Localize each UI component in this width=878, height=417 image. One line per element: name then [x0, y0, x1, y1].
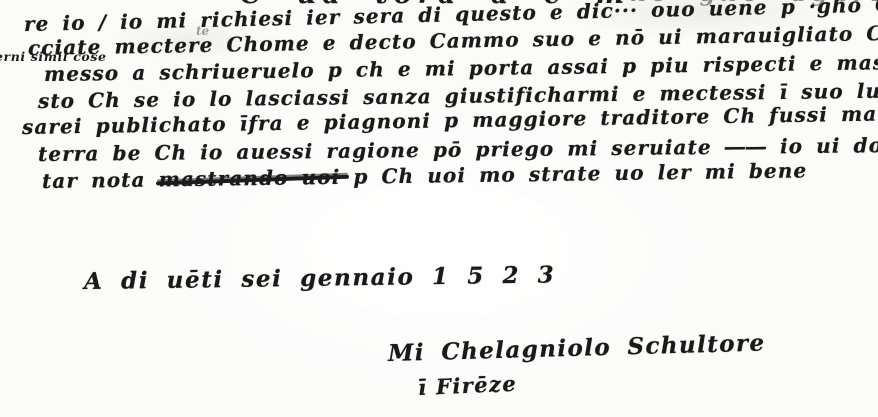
signature-place: ī Firēze: [417, 371, 517, 400]
line-7-text-before: tar nota: [42, 167, 159, 193]
manuscript-page: C ua tora a c m ne gho agari te erni sim…: [0, 0, 878, 417]
signature-name: Mi Chelagniolo Schultore: [388, 329, 766, 367]
line-7-text-after: p Ch uoi mo strate uo ler mi bene: [340, 158, 807, 189]
date-line: A di uēti sei gennaio 1 5 2 3: [84, 261, 556, 295]
struck-through-words: mastrando uoi: [158, 165, 340, 192]
